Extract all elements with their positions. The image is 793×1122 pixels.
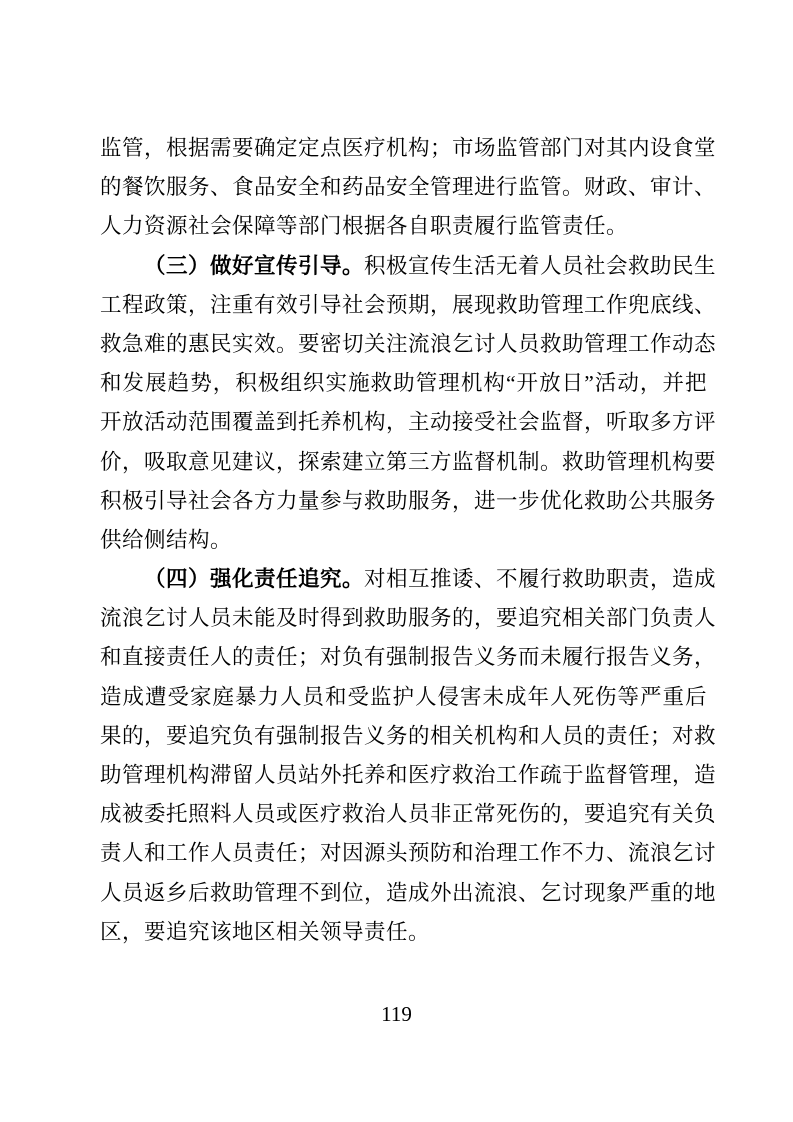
text-line: 流浪乞讨人员未能及时得到救助服务的，要追究相关部门负责人 (100, 599, 707, 638)
text-line: 成被委托照料人员或医疗救治人员非正常死伤的，要追究有关负 (100, 795, 707, 834)
text-line: 人员返乡后救助管理不到位，造成外出流浪、乞讨现象严重的地 (100, 874, 707, 913)
line-text: 供给侧结构。 (100, 528, 232, 552)
text-line: 救急难的惠民实效。要密切关注流浪乞讨人员救助管理工作动态 (100, 325, 707, 364)
line-text: 工程政策，注重有效引导社会预期，展现救助管理工作兜底线、 (100, 293, 716, 317)
line-text: 救急难的惠民实效。要密切关注流浪乞讨人员救助管理工作动态 (100, 332, 716, 356)
line-text: 对相互推诿、不履行救助职责，造成 (364, 567, 716, 591)
text-line: （四）强化责任追究。对相互推诿、不履行救助职责，造成 (100, 560, 707, 599)
text-line: 造成遭受家庭暴力人员和受监护人侵害未成年人死伤等严重后 (100, 678, 707, 717)
line-text: 价，吸取意见建议，探索建立第三方监督机制。救助管理机构要 (100, 450, 716, 474)
line-text: 和发展趋势，积极组织实施救助管理机构“开放日”活动，并把 (100, 371, 707, 395)
text-line: 和发展趋势，积极组织实施救助管理机构“开放日”活动，并把 (100, 364, 707, 403)
text-line: 果的，要追究负有强制报告义务的相关机构和人员的责任；对救 (100, 717, 707, 756)
text-line: 助管理机构滞留人员站外托养和医疗救治工作疏于监督管理，造 (100, 756, 707, 795)
text-line: 价，吸取意见建议，探索建立第三方监督机制。救助管理机构要 (100, 443, 707, 482)
text-line: 监管，根据需要确定定点医疗机构；市场监管部门对其内设食堂 (100, 129, 707, 168)
line-text: 流浪乞讨人员未能及时得到救助服务的，要追究相关部门负责人 (100, 606, 716, 630)
text-line: 工程政策，注重有效引导社会预期，展现救助管理工作兜底线、 (100, 286, 707, 325)
line-text: 和直接责任人的责任；对负有强制报告义务而未履行报告义务， (100, 645, 716, 669)
line-text: 开放活动范围覆盖到托养机构，主动接受社会监督，听取多方评 (100, 410, 716, 434)
line-text: 的餐饮服务、食品安全和药品安全管理进行监管。财政、审计、 (100, 175, 716, 199)
line-text: 积极引导社会各方力量参与救助服务，进一步优化救助公共服务 (100, 489, 716, 513)
text-line: 的餐饮服务、食品安全和药品安全管理进行监管。财政、审计、 (100, 168, 707, 207)
document-body: 监管，根据需要确定定点医疗机构；市场监管部门对其内设食堂的餐饮服务、食品安全和药… (100, 129, 707, 952)
text-line: 供给侧结构。 (100, 521, 707, 560)
line-text: 监管，根据需要确定定点医疗机构；市场监管部门对其内设食堂 (100, 136, 716, 160)
line-text: 助管理机构滞留人员站外托养和医疗救治工作疏于监督管理，造 (100, 763, 716, 787)
line-text: 区，要追究该地区相关领导责任。 (100, 920, 430, 944)
line-text: 造成遭受家庭暴力人员和受监护人侵害未成年人死伤等严重后 (100, 685, 707, 709)
text-line: 责人和工作人员责任；对因源头预防和治理工作不力、流浪乞讨 (100, 834, 707, 873)
section-heading: （三）做好宣传引导。 (144, 254, 364, 278)
text-line: 开放活动范围覆盖到托养机构，主动接受社会监督，听取多方评 (100, 403, 707, 442)
document-page: 监管，根据需要确定定点医疗机构；市场监管部门对其内设食堂的餐饮服务、食品安全和药… (0, 0, 793, 1122)
text-line: 人力资源社会保障等部门根据各自职责履行监管责任。 (100, 207, 707, 246)
line-text: 责人和工作人员责任；对因源头预防和治理工作不力、流浪乞讨 (100, 841, 716, 865)
text-line: 区，要追究该地区相关领导责任。 (100, 913, 707, 952)
text-line: 积极引导社会各方力量参与救助服务，进一步优化救助公共服务 (100, 482, 707, 521)
text-line: （三）做好宣传引导。积极宣传生活无着人员社会救助民生 (100, 247, 707, 286)
line-text: 人员返乡后救助管理不到位，造成外出流浪、乞讨现象严重的地 (100, 881, 716, 905)
page-number: 119 (0, 1001, 793, 1027)
section-heading: （四）强化责任追究。 (144, 567, 364, 591)
line-text: 果的，要追究负有强制报告义务的相关机构和人员的责任；对救 (100, 724, 716, 748)
text-line: 和直接责任人的责任；对负有强制报告义务而未履行报告义务， (100, 638, 707, 677)
line-text: 成被委托照料人员或医疗救治人员非正常死伤的，要追究有关负 (100, 802, 716, 826)
line-text: 积极宣传生活无着人员社会救助民生 (364, 254, 716, 278)
line-text: 人力资源社会保障等部门根据各自职责履行监管责任。 (100, 214, 628, 238)
